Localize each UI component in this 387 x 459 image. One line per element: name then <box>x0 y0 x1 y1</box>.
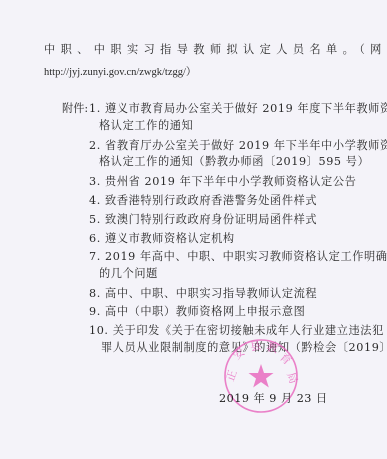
document-page: 中职、中职实习指导教师拟认定人员名单。（网址： http://jyj.zunyi… <box>0 0 387 459</box>
attachment-item: 6. 遵义市教师资格认定机构 <box>89 232 235 246</box>
attachment-item-continuation: 的几个问题 <box>99 267 158 281</box>
svg-text:育: 育 <box>277 350 295 368</box>
attachments-label: 附件: <box>62 102 88 116</box>
attachment-item: 10. 关于印发《关于在密切接触未成年人行业建立违法犯 <box>89 324 384 338</box>
document-date: 2019 年 9 月 23 日 <box>219 390 328 406</box>
intro-url-line: http://jyj.zunyi.gov.cn/zwgk/tzgg/） <box>44 66 196 80</box>
attachment-item: 8. 高中、中职、中职实习指导教师认定流程 <box>89 287 317 301</box>
attachment-item: 5. 致澳门特别行政政府身份证明局函件样式 <box>89 213 317 227</box>
svg-text:安: 安 <box>230 345 247 363</box>
intro-line-1: 中职、中职实习指导教师拟认定人员名单。（网址： <box>44 43 387 57</box>
svg-text:县: 县 <box>249 339 262 354</box>
attachment-item: 1. 遵义市教育局办公室关于做好 2019 年度下半年教师资 <box>89 102 387 116</box>
attachment-item-continuation: 格认定工作的通知（黔教办师函〔2019〕595 号） <box>99 155 369 169</box>
svg-text:教: 教 <box>265 339 279 355</box>
attachment-item: 9. 高中（中职）教师资格网上申报示意图 <box>89 305 305 319</box>
attachment-item-continuation: 格认定工作的通知 <box>99 119 193 133</box>
attachment-item: 7. 2019 年高中、中职、中职实习教师资格认定工作明确 <box>89 250 387 264</box>
attachment-item: 3. 贵州省 2019 年下半年中小学教师资格认定公告 <box>89 175 356 189</box>
attachment-item: 2. 省教育厅办公室关于做好 2019 年下半年中小学教师资 <box>89 139 387 153</box>
attachment-item: 4. 致香港特别行政政府香港警务处函件样式 <box>89 194 317 208</box>
